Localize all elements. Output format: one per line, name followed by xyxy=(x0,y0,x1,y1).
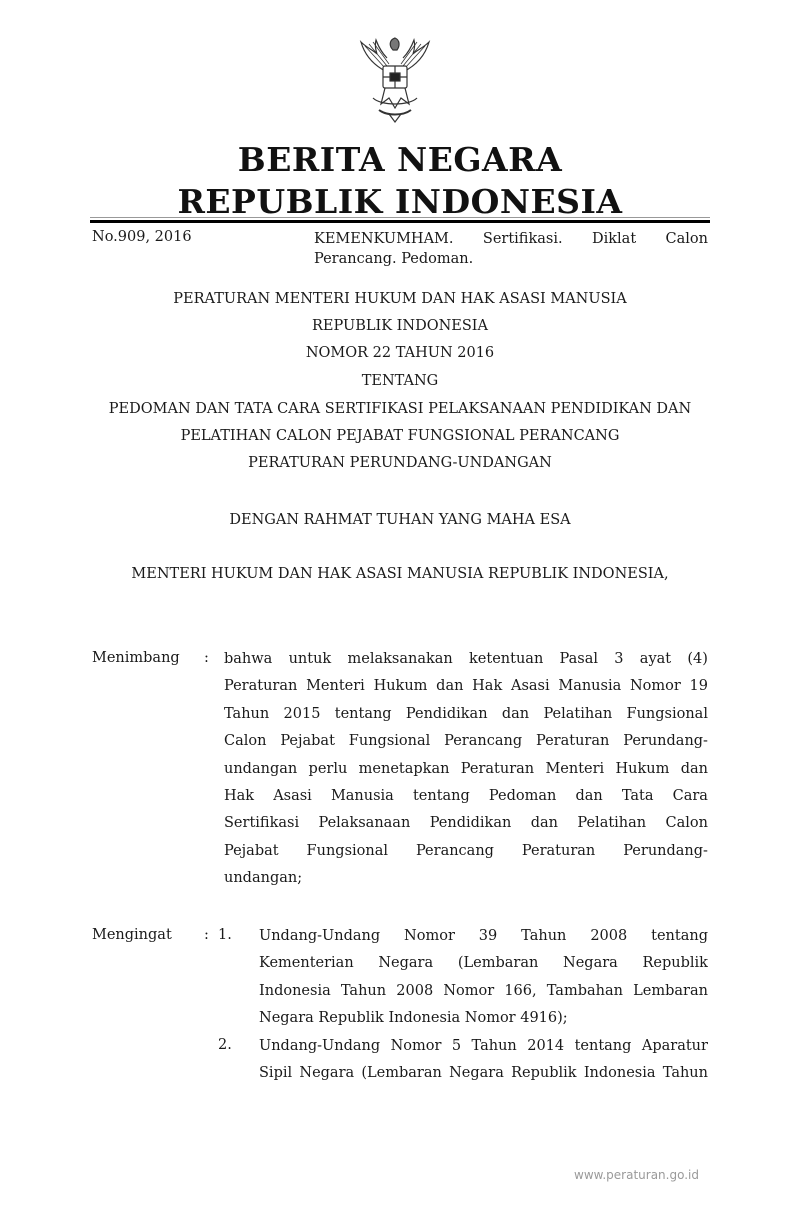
regulation-subject-line: PELATIHAN CALON PEJABAT FUNGSIONAL PERAN… xyxy=(90,428,710,444)
regulation-about: TENTANG xyxy=(90,373,710,389)
text-line: IndonesiaTahun2008Nomor166,TambahanLemba… xyxy=(259,978,708,1005)
subject-word: Calon xyxy=(666,229,708,249)
mengingat-item-number: 1. xyxy=(218,927,232,943)
text-line: SipilNegara(LembaranNegaraRepublikIndone… xyxy=(259,1060,708,1087)
text-line: Undang-UndangNomor5Tahun2014tentangApara… xyxy=(259,1033,708,1060)
text-line: KementerianNegara(LembaranNegaraRepublik xyxy=(259,950,708,977)
header-rule-thin xyxy=(90,217,710,218)
document-page: BERITA NEGARA REPUBLIK INDONESIA No.909,… xyxy=(0,0,800,1223)
menimbang-text: bahwauntukmelaksanakanketentuanPasal3aya… xyxy=(224,646,708,893)
mengingat-colon: : xyxy=(204,927,209,943)
text-line: Negara Republik Indonesia Nomor 4916); xyxy=(259,1005,708,1032)
subject-word: KEMENKUMHAM. xyxy=(314,229,454,249)
header-rule xyxy=(90,220,710,223)
text-line: undanganperlumenetapkanPeraturanMenteriH… xyxy=(224,756,708,783)
issuer: MENTERI HUKUM DAN HAK ASASI MANUSIA REPU… xyxy=(90,566,710,582)
text-line: undangan; xyxy=(224,865,708,892)
text-line: bahwauntukmelaksanakanketentuanPasal3aya… xyxy=(224,646,708,673)
gazette-subtitle: REPUBLIK INDONESIA xyxy=(0,182,800,221)
gazette-title: BERITA NEGARA xyxy=(0,140,800,179)
text-line: SertifikasiPelaksanaanPendidikandanPelat… xyxy=(224,810,708,837)
text-line: Tahun2015tentangPendidikandanPelatihanFu… xyxy=(224,701,708,728)
subject-word: Diklat xyxy=(592,229,636,249)
mengingat-item: Undang-UndangNomor39Tahun2008tentangKeme… xyxy=(259,923,708,1033)
regulation-subject-line: PERATURAN PERUNDANG-UNDANGAN xyxy=(90,455,710,471)
menimbang-label: Menimbang xyxy=(92,650,180,666)
footer-url: www.peraturan.go.id xyxy=(574,1168,699,1182)
regulation-title-line: PERATURAN MENTERI HUKUM DAN HAK ASASI MA… xyxy=(90,291,710,307)
menimbang-colon: : xyxy=(204,650,209,666)
mengingat-label: Mengingat xyxy=(92,927,172,943)
text-line: CalonPejabatFungsionalPerancangPeraturan… xyxy=(224,728,708,755)
subject-word: Sertifikasi. xyxy=(483,229,563,249)
text-line: HakAsasiManusiatentangPedomandanTataCara xyxy=(224,783,708,810)
regulation-title-line: REPUBLIK INDONESIA xyxy=(90,318,710,334)
text-line: Undang-UndangNomor39Tahun2008tentang xyxy=(259,923,708,950)
gazette-subject: KEMENKUMHAM. Sertifikasi. Diklat Calon P… xyxy=(314,229,708,269)
mengingat-item-number: 2. xyxy=(218,1037,232,1053)
gazette-number: No.909, 2016 xyxy=(92,229,192,245)
regulation-subject-line: PEDOMAN DAN TATA CARA SERTIFIKASI PELAKS… xyxy=(90,401,710,417)
text-line: PejabatFungsionalPerancangPeraturanPerun… xyxy=(224,838,708,865)
garuda-emblem-icon xyxy=(345,32,445,132)
text-line: PeraturanMenteriHukumdanHakAsasiManusiaN… xyxy=(224,673,708,700)
invocation: DENGAN RAHMAT TUHAN YANG MAHA ESA xyxy=(90,512,710,528)
regulation-number: NOMOR 22 TAHUN 2016 xyxy=(90,345,710,361)
mengingat-item: Undang-UndangNomor5Tahun2014tentangApara… xyxy=(259,1033,708,1088)
subject-line-2: Perancang. Pedoman. xyxy=(314,249,708,269)
